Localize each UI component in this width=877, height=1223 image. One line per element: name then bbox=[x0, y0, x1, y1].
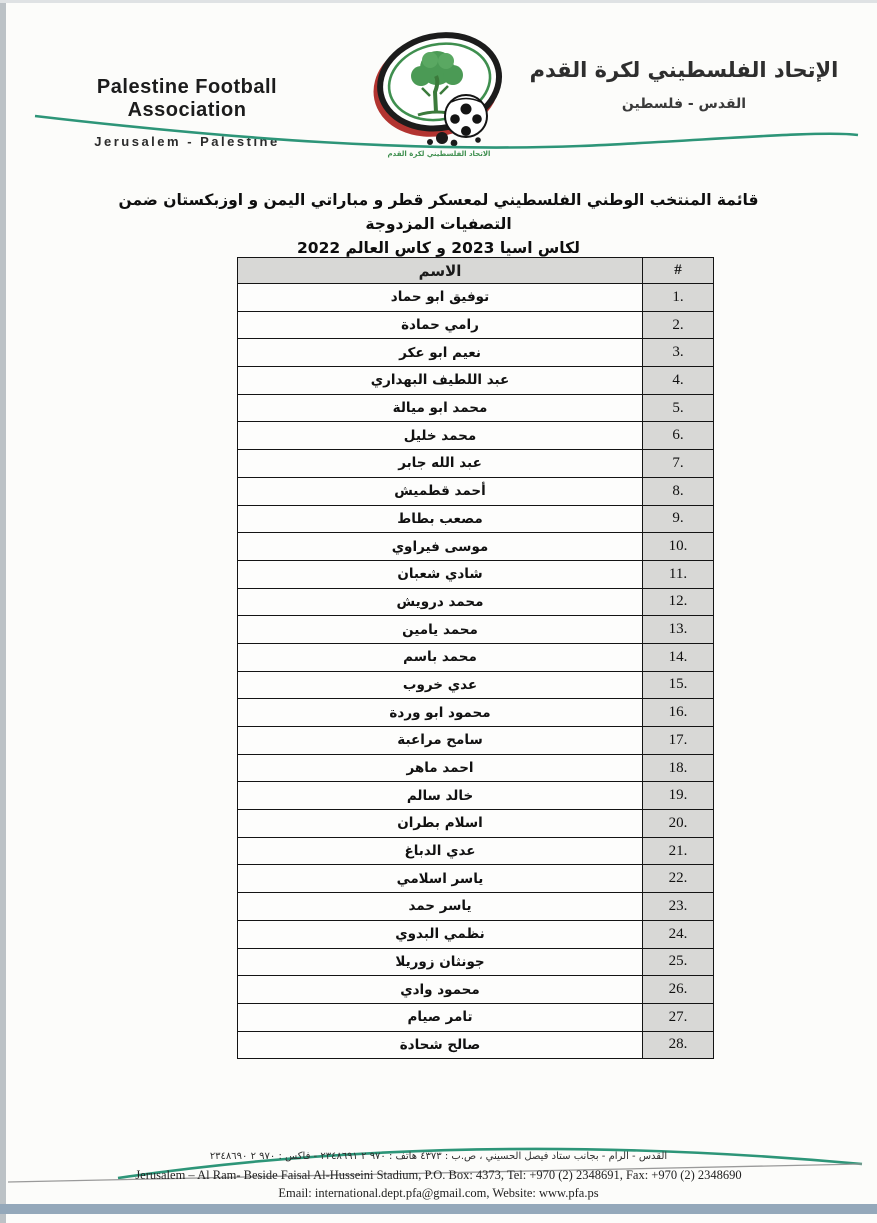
table-row: محمد درويش12. bbox=[238, 588, 714, 616]
table-row: موسى فيراوي10. bbox=[238, 533, 714, 561]
player-name: محمد يامين bbox=[238, 616, 643, 644]
table-row: سامح مراعبة17. bbox=[238, 727, 714, 755]
player-name: رامي حمادة bbox=[238, 311, 643, 339]
header-divider-curve bbox=[0, 103, 877, 163]
player-roster-table: الاسم # توفيق ابو حماد1.رامي حمادة2.نعيم… bbox=[237, 257, 714, 1059]
scan-edge-bottom bbox=[0, 1204, 877, 1214]
org-name-arabic: الإتحاد الفلسطيني لكرة القدم bbox=[519, 58, 849, 82]
player-number: 6. bbox=[643, 422, 714, 450]
player-name: عبد اللطيف البهداري bbox=[238, 367, 643, 395]
table-header-row: الاسم # bbox=[238, 258, 714, 284]
player-number: 23. bbox=[643, 893, 714, 921]
table-row: عبد اللطيف البهداري4. bbox=[238, 367, 714, 395]
table-row: تامر صيام27. bbox=[238, 1003, 714, 1031]
player-number: 14. bbox=[643, 643, 714, 671]
footer-email-website: Email: international.dept.pfa@gmail.com,… bbox=[30, 1186, 847, 1201]
player-name: سامح مراعبة bbox=[238, 727, 643, 755]
player-name: محمد ابو ميالة bbox=[238, 394, 643, 422]
player-name: شادي شعبان bbox=[238, 560, 643, 588]
player-name: موسى فيراوي bbox=[238, 533, 643, 561]
player-number: 10. bbox=[643, 533, 714, 561]
table-row: احمد ماهر18. bbox=[238, 754, 714, 782]
player-name: محمد باسم bbox=[238, 643, 643, 671]
player-number: 22. bbox=[643, 865, 714, 893]
table-row: توفيق ابو حماد1. bbox=[238, 284, 714, 312]
player-number: 17. bbox=[643, 727, 714, 755]
player-number: 7. bbox=[643, 450, 714, 478]
player-name: جونثان زوريلا bbox=[238, 948, 643, 976]
player-name: مصعب بطاط bbox=[238, 505, 643, 533]
table-row: نعيم ابو عكر3. bbox=[238, 339, 714, 367]
player-number: 25. bbox=[643, 948, 714, 976]
table-row: ياسر حمد23. bbox=[238, 893, 714, 921]
player-name: احمد ماهر bbox=[238, 754, 643, 782]
player-number: 18. bbox=[643, 754, 714, 782]
footer-contact-arabic: القدس - الرام - بجانب ستاد فيصل الحسيني … bbox=[60, 1151, 817, 1162]
player-number: 9. bbox=[643, 505, 714, 533]
player-name: عدي الدباغ bbox=[238, 837, 643, 865]
player-name: ياسر حمد bbox=[238, 893, 643, 921]
player-name: خالد سالم bbox=[238, 782, 643, 810]
table-row: خالد سالم19. bbox=[238, 782, 714, 810]
scan-edge-top bbox=[0, 0, 877, 3]
player-number: 13. bbox=[643, 616, 714, 644]
table-row: عدي خروب15. bbox=[238, 671, 714, 699]
table-row: اسلام بطران20. bbox=[238, 810, 714, 838]
player-number: 2. bbox=[643, 311, 714, 339]
table-row: محمد باسم14. bbox=[238, 643, 714, 671]
table-row: رامي حمادة2. bbox=[238, 311, 714, 339]
document-title: قائمة المنتخب الوطني الفلسطيني لمعسكر قط… bbox=[95, 188, 782, 260]
scan-edge-left bbox=[0, 0, 6, 1223]
table-row: عبد الله جابر7. bbox=[238, 450, 714, 478]
footer-contact-english: Jerusalem – Al Ram- Beside Faisal Al-Hus… bbox=[30, 1168, 847, 1183]
table-row: محمد خليل6. bbox=[238, 422, 714, 450]
player-number: 8. bbox=[643, 477, 714, 505]
player-number: 11. bbox=[643, 560, 714, 588]
player-number: 26. bbox=[643, 976, 714, 1004]
player-name: توفيق ابو حماد bbox=[238, 284, 643, 312]
table-row: محمود ابو وردة16. bbox=[238, 699, 714, 727]
player-number: 1. bbox=[643, 284, 714, 312]
player-name: محمد درويش bbox=[238, 588, 643, 616]
table-row: عدي الدباغ21. bbox=[238, 837, 714, 865]
player-name: محمود وادي bbox=[238, 976, 643, 1004]
table-row: محمود وادي26. bbox=[238, 976, 714, 1004]
player-name: محمود ابو وردة bbox=[238, 699, 643, 727]
player-number: 24. bbox=[643, 920, 714, 948]
number-column-header: # bbox=[643, 258, 714, 284]
player-name: أحمد قطميش bbox=[238, 477, 643, 505]
player-number: 27. bbox=[643, 1003, 714, 1031]
document-page: Palestine Football Association Jerusalem… bbox=[0, 0, 877, 1223]
player-name: محمد خليل bbox=[238, 422, 643, 450]
player-number: 21. bbox=[643, 837, 714, 865]
player-name: عدي خروب bbox=[238, 671, 643, 699]
table-row: مصعب بطاط9. bbox=[238, 505, 714, 533]
player-number: 28. bbox=[643, 1031, 714, 1059]
player-number: 5. bbox=[643, 394, 714, 422]
table-row: ياسر اسلامي22. bbox=[238, 865, 714, 893]
player-number: 19. bbox=[643, 782, 714, 810]
table-row: أحمد قطميش8. bbox=[238, 477, 714, 505]
table-row: جونثان زوريلا25. bbox=[238, 948, 714, 976]
player-name: ياسر اسلامي bbox=[238, 865, 643, 893]
table-row: محمد ابو ميالة5. bbox=[238, 394, 714, 422]
player-name: اسلام بطران bbox=[238, 810, 643, 838]
player-name: نعيم ابو عكر bbox=[238, 339, 643, 367]
player-name: عبد الله جابر bbox=[238, 450, 643, 478]
player-number: 15. bbox=[643, 671, 714, 699]
player-number: 20. bbox=[643, 810, 714, 838]
player-number: 12. bbox=[643, 588, 714, 616]
name-column-header: الاسم bbox=[238, 258, 643, 284]
title-line-1: قائمة المنتخب الوطني الفلسطيني لمعسكر قط… bbox=[95, 188, 782, 236]
player-name: تامر صيام bbox=[238, 1003, 643, 1031]
table-row: نظمي البدوي24. bbox=[238, 920, 714, 948]
player-name: صالح شحادة bbox=[238, 1031, 643, 1059]
table-row: شادي شعبان11. bbox=[238, 560, 714, 588]
player-name: نظمي البدوي bbox=[238, 920, 643, 948]
player-number: 4. bbox=[643, 367, 714, 395]
table-row: محمد يامين13. bbox=[238, 616, 714, 644]
player-number: 3. bbox=[643, 339, 714, 367]
table-row: صالح شحادة28. bbox=[238, 1031, 714, 1059]
player-number: 16. bbox=[643, 699, 714, 727]
